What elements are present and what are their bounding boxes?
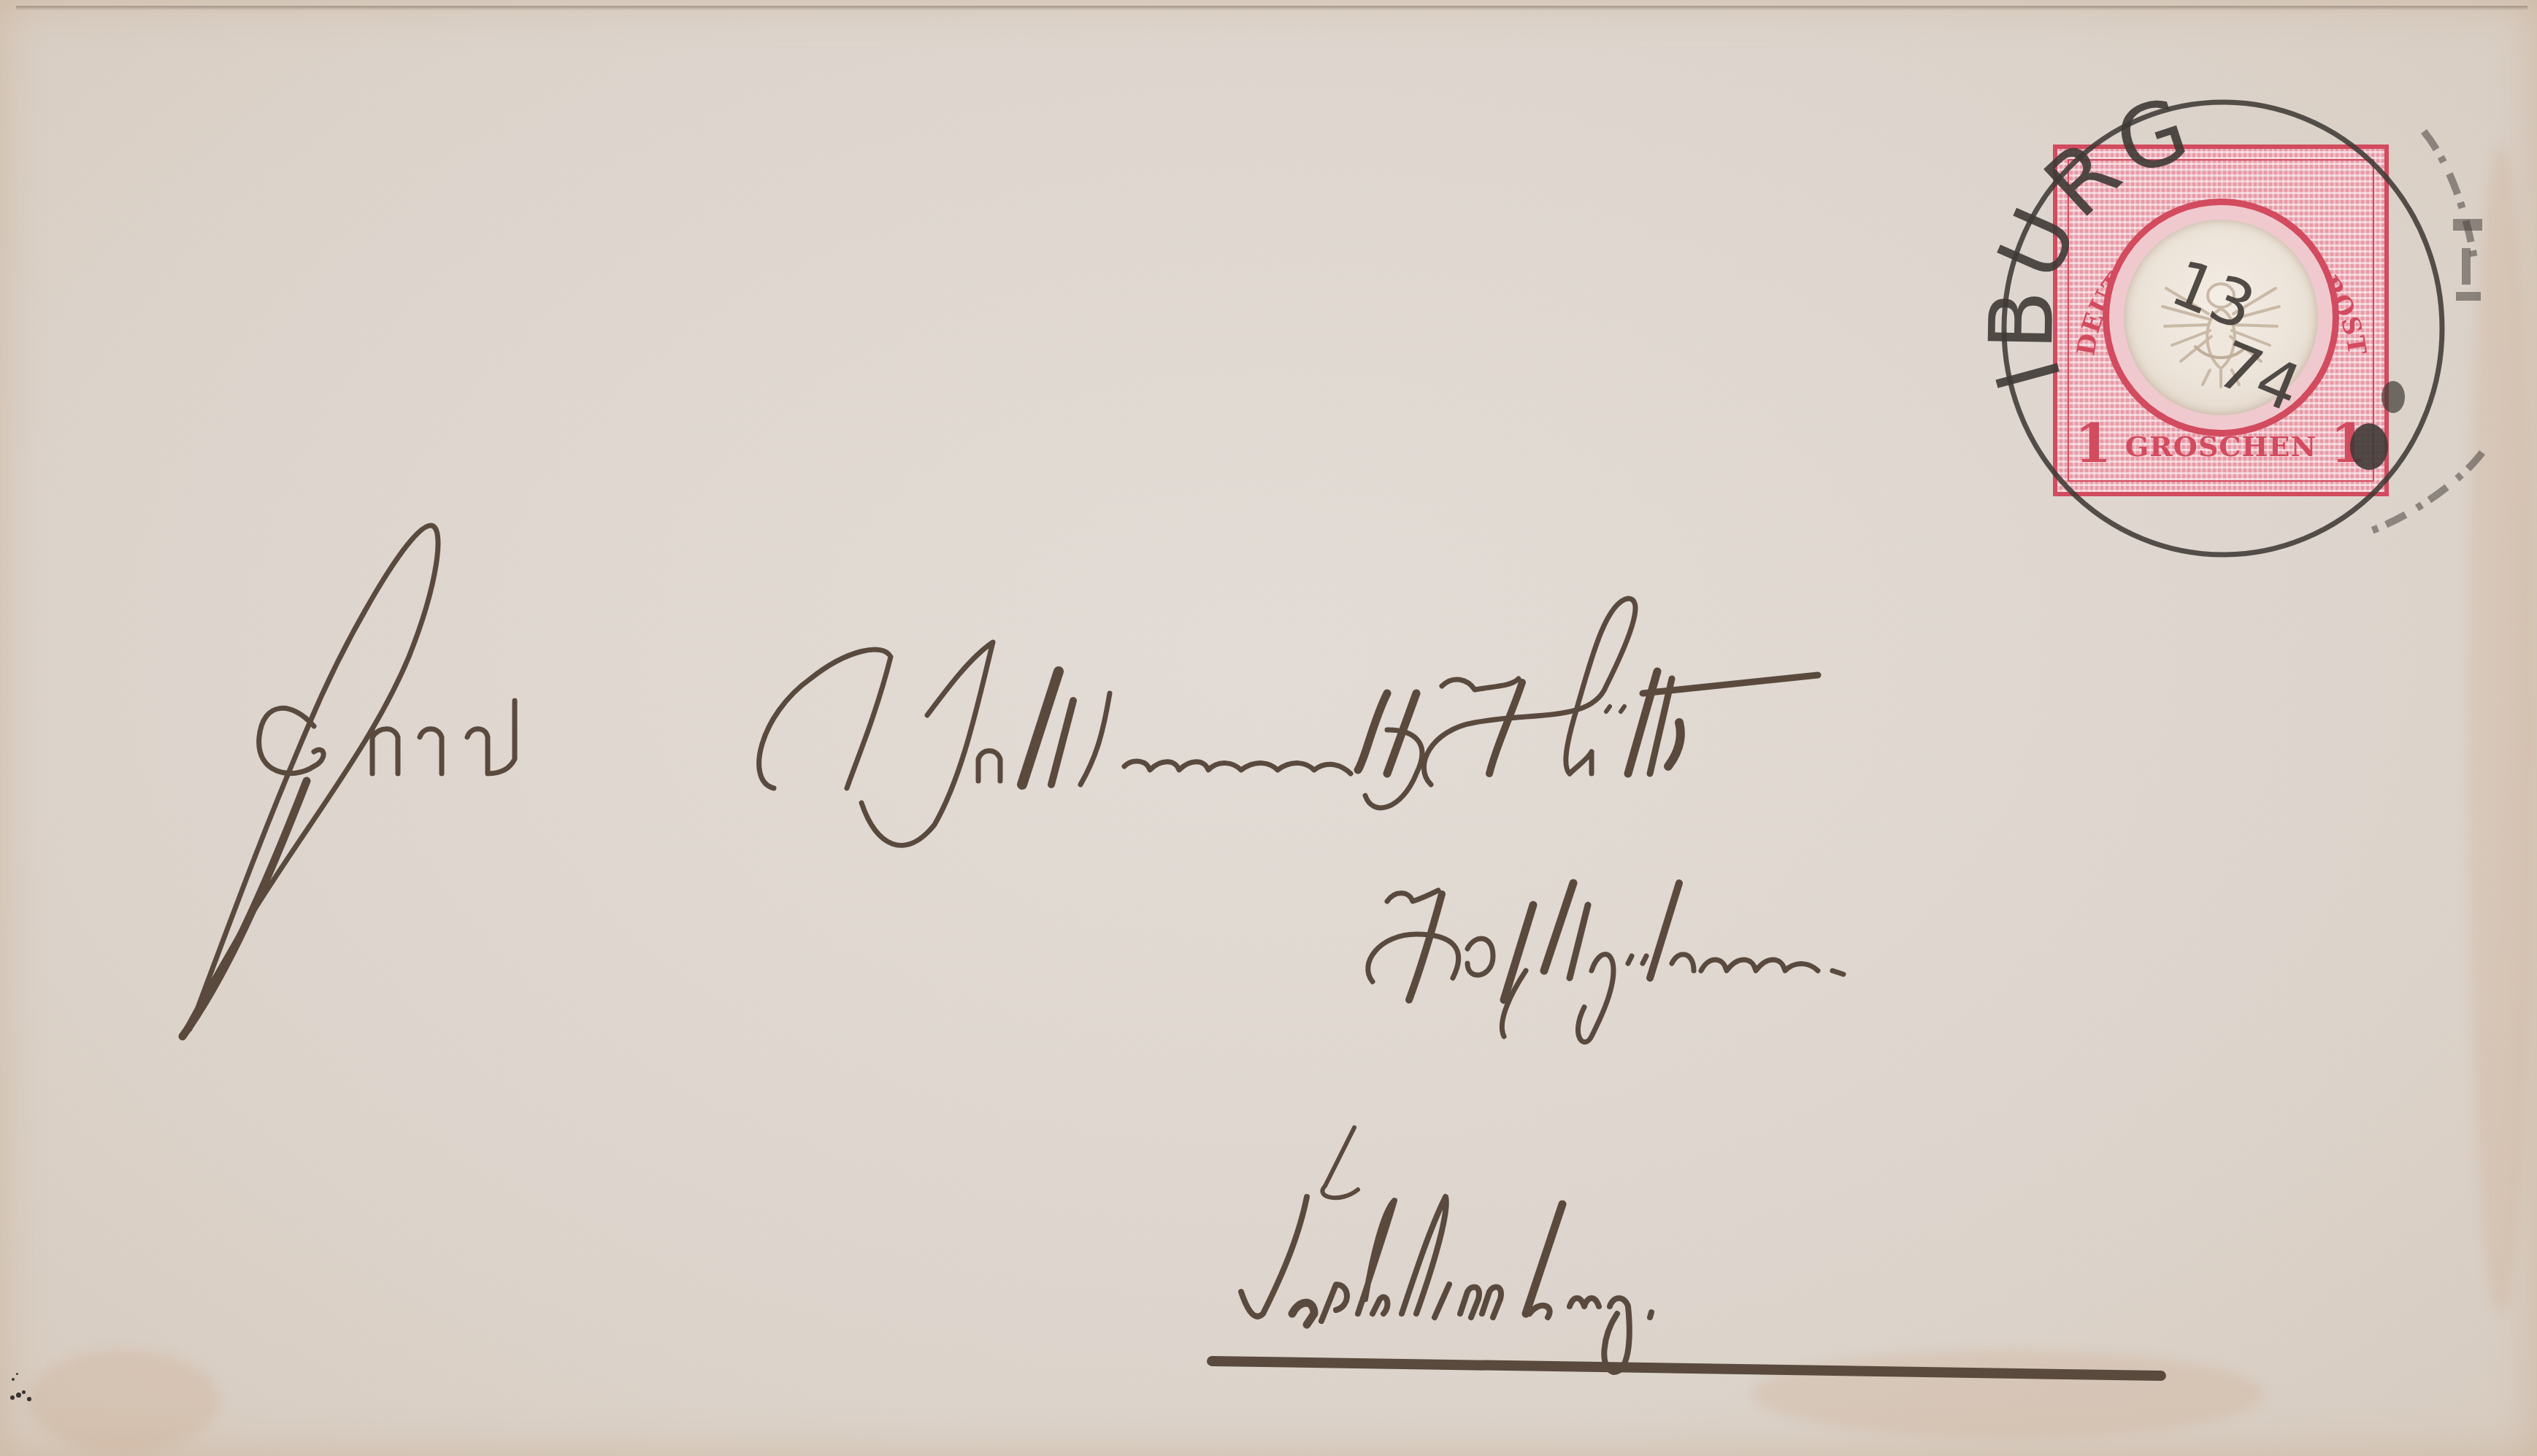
address-word-zu [1322, 1128, 1358, 1198]
address-word-huette [1424, 598, 1818, 785]
address-word-wohlgeboren [1368, 883, 1843, 1042]
address-word-tecklenburg [1241, 1197, 1651, 1372]
address-word-herrn [183, 525, 515, 1036]
envelope: DEUTSCHE REICHS-POST 1 GROSCHEN 1 [0, 0, 2537, 1456]
handwritten-address [0, 0, 2537, 1456]
address-word-rechtsanwalt [759, 642, 1422, 845]
address-underline [1212, 1361, 2161, 1376]
